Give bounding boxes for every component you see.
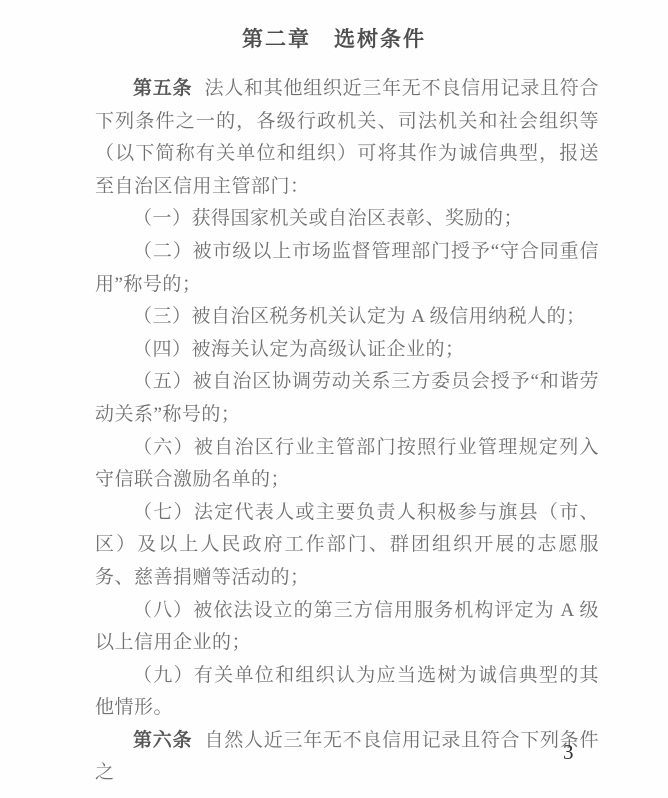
article-5-paragraph: 第五条法人和其他组织近三年无不良信用记录且符合下列条件之一的，各级行政机关、司法… [95,73,599,203]
article-5-item-1: （一）获得国家机关或自治区表彰、奖励的； [95,203,599,236]
article-5-item-3: （三）被自治区税务机关认定为 A 级信用纳税人的； [95,301,599,334]
item-9-text: （九）有关单位和组织认为应当选树为诚信典型的其他情形。 [95,665,599,719]
article-5-item-8: （八）被依法设立的第三方信用服务机构评定为 A 级以上信用企业的； [95,595,599,660]
item-6-text: （六）被自治区行业主管部门按照行业管理规定列入守信联合激励名单的； [95,437,599,491]
item-8-text: （八）被依法设立的第三方信用服务机构评定为 A 级以上信用企业的； [95,600,599,654]
item-2-text: （二）被市级以上市场监督管理部门授予“守合同重信用”称号的； [95,241,599,295]
document-body: 第五条法人和其他组织近三年无不良信用记录且符合下列条件之一的，各级行政机关、司法… [95,73,599,790]
article-5-item-6: （六）被自治区行业主管部门按照行业管理规定列入守信联合激励名单的； [95,432,599,497]
chapter-heading: 第二章 选树条件 [0,0,668,53]
item-1-text: （一）获得国家机关或自治区表彰、奖励的； [133,208,523,229]
item-7-text: （七）法定代表人或主要负责人积极参与旗县（市、区）及以上人民政府工作部门、群团组… [95,502,599,588]
article-5-label: 第五条 [133,78,192,99]
item-5-text: （五）被自治区协调劳动关系三方委员会授予“和谐劳动关系”称号的； [95,371,599,425]
article-5-item-7: （七）法定代表人或主要负责人积极参与旗县（市、区）及以上人民政府工作部门、群团组… [95,497,599,595]
article-6-label: 第六条 [133,730,192,751]
article-5-item-2: （二）被市级以上市场监督管理部门授予“守合同重信用”称号的； [95,236,599,301]
article-5-item-5: （五）被自治区协调劳动关系三方委员会授予“和谐劳动关系”称号的； [95,366,599,431]
scanned-document-page: 第二章 选树条件 第五条法人和其他组织近三年无不良信用记录且符合下列条件之一的，… [0,0,668,798]
article-6-paragraph: 第六条自然人近三年无不良信用记录且符合下列条件之 [95,725,599,790]
item-4-text: （四）被海关认定为高级认证企业的； [133,339,465,360]
item-3-text: （三）被自治区税务机关认定为 A 级信用纳税人的； [133,306,586,327]
page-number: 3 [563,740,574,765]
article-5-item-9: （九）有关单位和组织认为应当选树为诚信典型的其他情形。 [95,660,599,725]
article-5-item-4: （四）被海关认定为高级认证企业的； [95,334,599,367]
